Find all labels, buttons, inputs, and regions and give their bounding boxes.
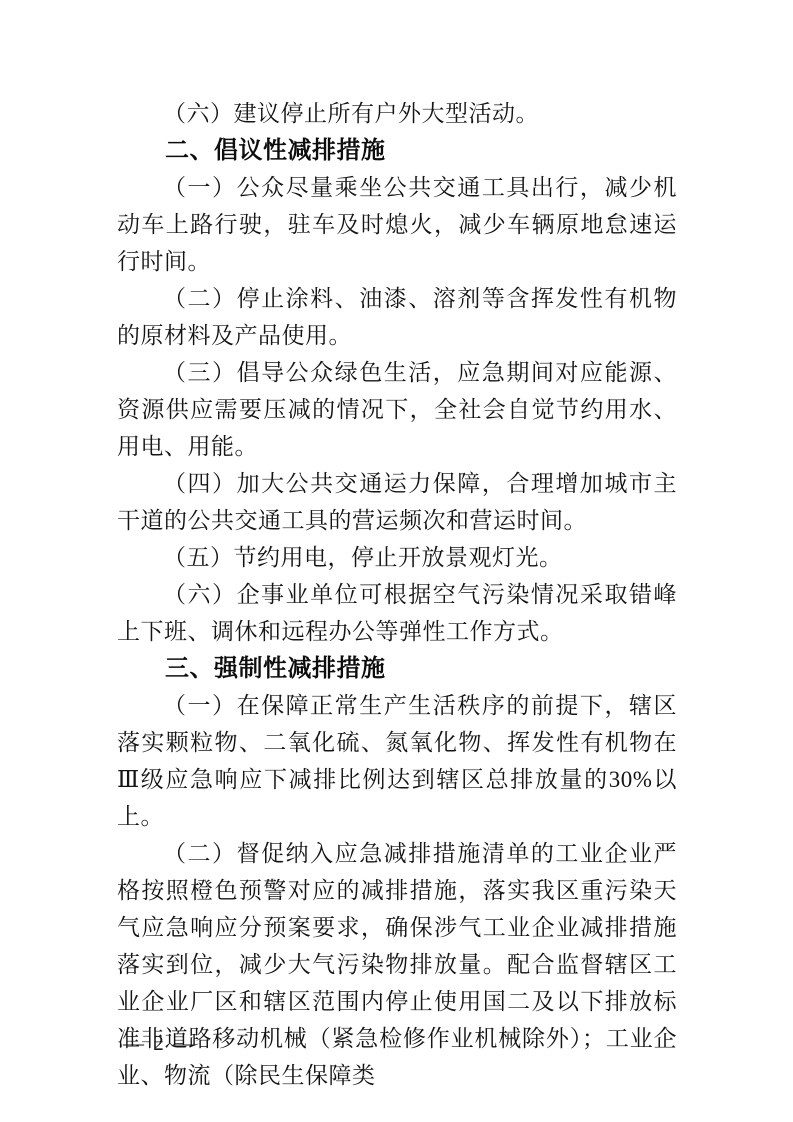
document-body: （六）建议停止所有户外大型活动。二、倡议性减排措施（一）公众尽量乘坐公共交通工具… xyxy=(117,95,677,1094)
document-paragraph: （二）督促纳入应急减排措施清单的工业企业严格按照橙色预警对应的减排措施，落实我区… xyxy=(117,835,677,1094)
document-paragraph: （三）倡导公众绿色生活，应急期间对应能源、资源供应需要压减的情况下，全社会自觉节… xyxy=(117,354,677,465)
section-heading: 二、倡议性减排措施 xyxy=(117,132,677,169)
document-paragraph: （一）公众尽量乘坐公共交通工具出行，减少机动车上路行驶，驻车及时熄火，减少车辆原… xyxy=(117,169,677,280)
document-paragraph: （一）在保障正常生产生活秩序的前提下，辖区落实颗粒物、二氧化硫、氮氧化物、挥发性… xyxy=(117,687,677,835)
section-heading: 三、强制性减排措施 xyxy=(117,650,677,687)
document-page: （六）建议停止所有户外大型活动。二、倡议性减排措施（一）公众尽量乘坐公共交通工具… xyxy=(0,0,793,1122)
document-paragraph: （四）加大公共交通运力保障，合理增加城市主干道的公共交通工具的营运频次和营运时间… xyxy=(117,465,677,539)
document-paragraph: （二）停止涂料、油漆、溶剂等含挥发性有机物的原材料及产品使用。 xyxy=(117,280,677,354)
document-paragraph: （五）节约用电，停止开放景观灯光。 xyxy=(117,539,677,576)
page-number: — 2 — xyxy=(123,1031,196,1056)
document-paragraph: （六）建议停止所有户外大型活动。 xyxy=(117,95,677,132)
document-paragraph: （六）企事业单位可根据空气污染情况采取错峰上下班、调休和远程办公等弹性工作方式。 xyxy=(117,576,677,650)
